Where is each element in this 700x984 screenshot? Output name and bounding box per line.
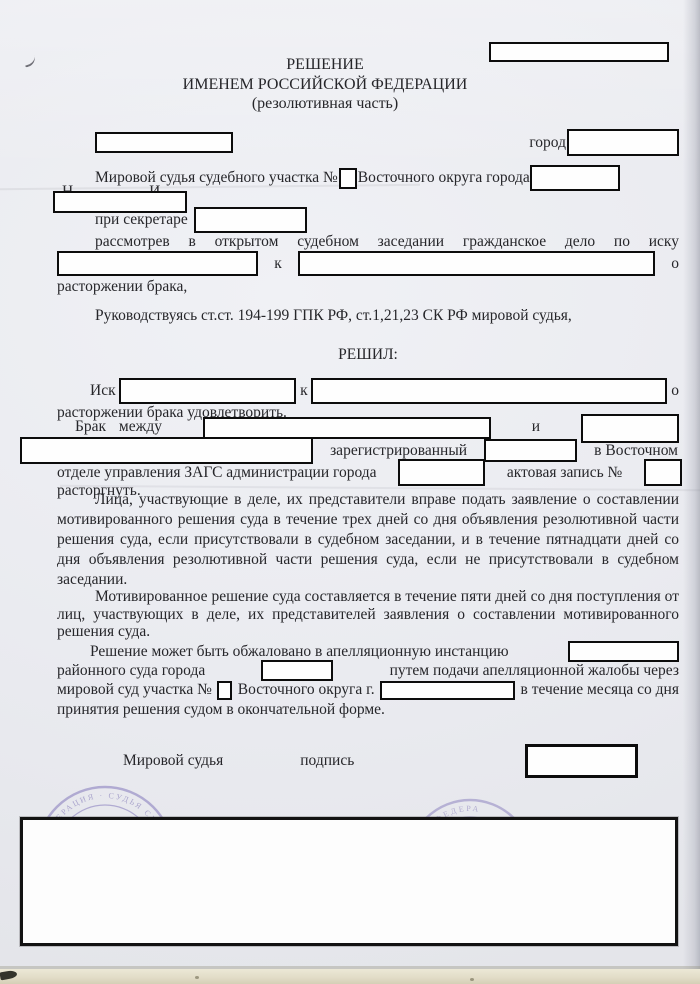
title-line-federation: ИМЕНЕМ РОССИЙСКОЙ ФЕДЕРАЦИИ xyxy=(0,75,650,95)
redaction-box-zags-city xyxy=(398,459,485,486)
redaction-box-spouse-1 xyxy=(203,417,491,439)
redaction-box-judge-city xyxy=(530,165,620,191)
scanner-background-strip xyxy=(0,969,700,984)
redaction-box-bottom-large xyxy=(20,817,678,946)
claim-k: к xyxy=(300,381,308,401)
redaction-box-defendant xyxy=(298,251,655,276)
svg-text:ФЕДЕРАЦИЯ · СУДЬЯ СУД · О ОК: ФЕДЕРАЦИЯ · СУДЬЯ СУД · О ОК xyxy=(0,765,169,825)
appeal-line-4: принятия решения судом в окончательной ф… xyxy=(57,700,385,720)
paper-speck xyxy=(195,976,199,979)
redaction-box-claim-plaintiff xyxy=(119,378,296,404)
paper-edge-shadow xyxy=(683,0,700,984)
redaction-box-appeal-city-2 xyxy=(380,681,515,700)
judge-line-suffix: Восточного округа города xyxy=(358,168,530,188)
redaction-box-act-number xyxy=(644,459,682,486)
redaction-box-appeal-court xyxy=(568,641,679,662)
appeal-line-3: мировой суд участка № Восточного округа … xyxy=(57,680,679,700)
city-date-row: город xyxy=(57,129,679,156)
claim-o: о xyxy=(671,381,679,401)
title-line-decision: РЕШЕНИЕ xyxy=(0,55,650,75)
appeal-text-3a: мировой суд участка № xyxy=(57,680,212,700)
appeal-text-1: Решение может быть обжаловано в апелляци… xyxy=(90,642,509,662)
appeal-line-2: районного суда города путем подачи апелл… xyxy=(57,660,679,681)
claim-parties-row: к о xyxy=(57,251,679,276)
redaction-box-date xyxy=(95,132,233,153)
redaction-box-appeal-city xyxy=(261,660,333,681)
title-line-operative: (резолютивная часть) xyxy=(0,94,650,114)
scanned-court-decision-page: РЕШЕНИЕ ИМЕНЕМ РОССИЙСКОЙ ФЕДЕРАЦИИ (рез… xyxy=(0,0,700,984)
stamp-layer: ФЕДЕРАЦИЯ · СУДЬЯ СУД · О ОК ФЕДЕРА xyxy=(0,765,700,825)
paragraph-motivated: Мотивированное решение суда составляется… xyxy=(57,588,679,641)
redaction-box-judge-name xyxy=(53,191,187,213)
appeal-line-1: Решение может быть обжаловано в апелляци… xyxy=(57,641,679,662)
marriage-row-3: отделе управления ЗАГС администрации гор… xyxy=(57,459,682,486)
conj-o: о xyxy=(671,254,679,274)
redaction-box-claim-defendant xyxy=(311,378,667,404)
marriage-prefix: Брак между xyxy=(75,415,162,439)
vostochny-words: в Восточном xyxy=(594,441,678,461)
appeal-text-3c: в течение месяца со дня xyxy=(521,680,679,700)
court-stamp-left-icon: ФЕДЕРАЦИЯ · СУДЬЯ СУД · О ОК xyxy=(0,765,173,825)
zags-line: отделе управления ЗАГС администрации гор… xyxy=(57,463,377,483)
redaction-box-secretary-name xyxy=(194,207,307,233)
guided-by-line: Руководствуясь ст.ст. 194-199 ГПК РФ, ст… xyxy=(57,306,679,326)
paragraph-rights: Лица, участвующие в деле, их представите… xyxy=(57,490,679,590)
hearing-line: рассмотрев в открытом судебном заседании… xyxy=(57,232,679,252)
registered-word: зарегистрированный xyxy=(330,441,467,461)
redaction-box-appeal-precinct xyxy=(217,681,232,700)
claim-row: Иск к о xyxy=(57,378,679,404)
redaction-box-city xyxy=(567,129,679,156)
conj-k: к xyxy=(274,254,282,274)
secretary-label: при секретаре xyxy=(95,210,188,230)
appeal-text-2a: районного суда города xyxy=(57,661,205,681)
paper-speck xyxy=(470,978,474,981)
claim-prefix: Иск xyxy=(90,381,116,401)
redaction-box-precinct-number xyxy=(339,168,357,189)
document-title: РЕШЕНИЕ ИМЕНЕМ РОССИЙСКОЙ ФЕДЕРАЦИИ (рез… xyxy=(0,55,650,114)
decided-heading: РЕШИЛ: xyxy=(57,345,679,365)
marriage-and: и xyxy=(532,415,540,439)
appeal-text-3b: Восточного округа г. xyxy=(238,680,375,700)
appeal-text-2b: путем подачи апелляционной жалобы через xyxy=(390,661,679,681)
divorce-clause: расторжении брака, xyxy=(57,277,187,297)
city-label: город xyxy=(529,133,566,153)
redaction-box-plaintiff xyxy=(57,251,258,276)
act-record-label: актовая запись № xyxy=(507,463,623,483)
